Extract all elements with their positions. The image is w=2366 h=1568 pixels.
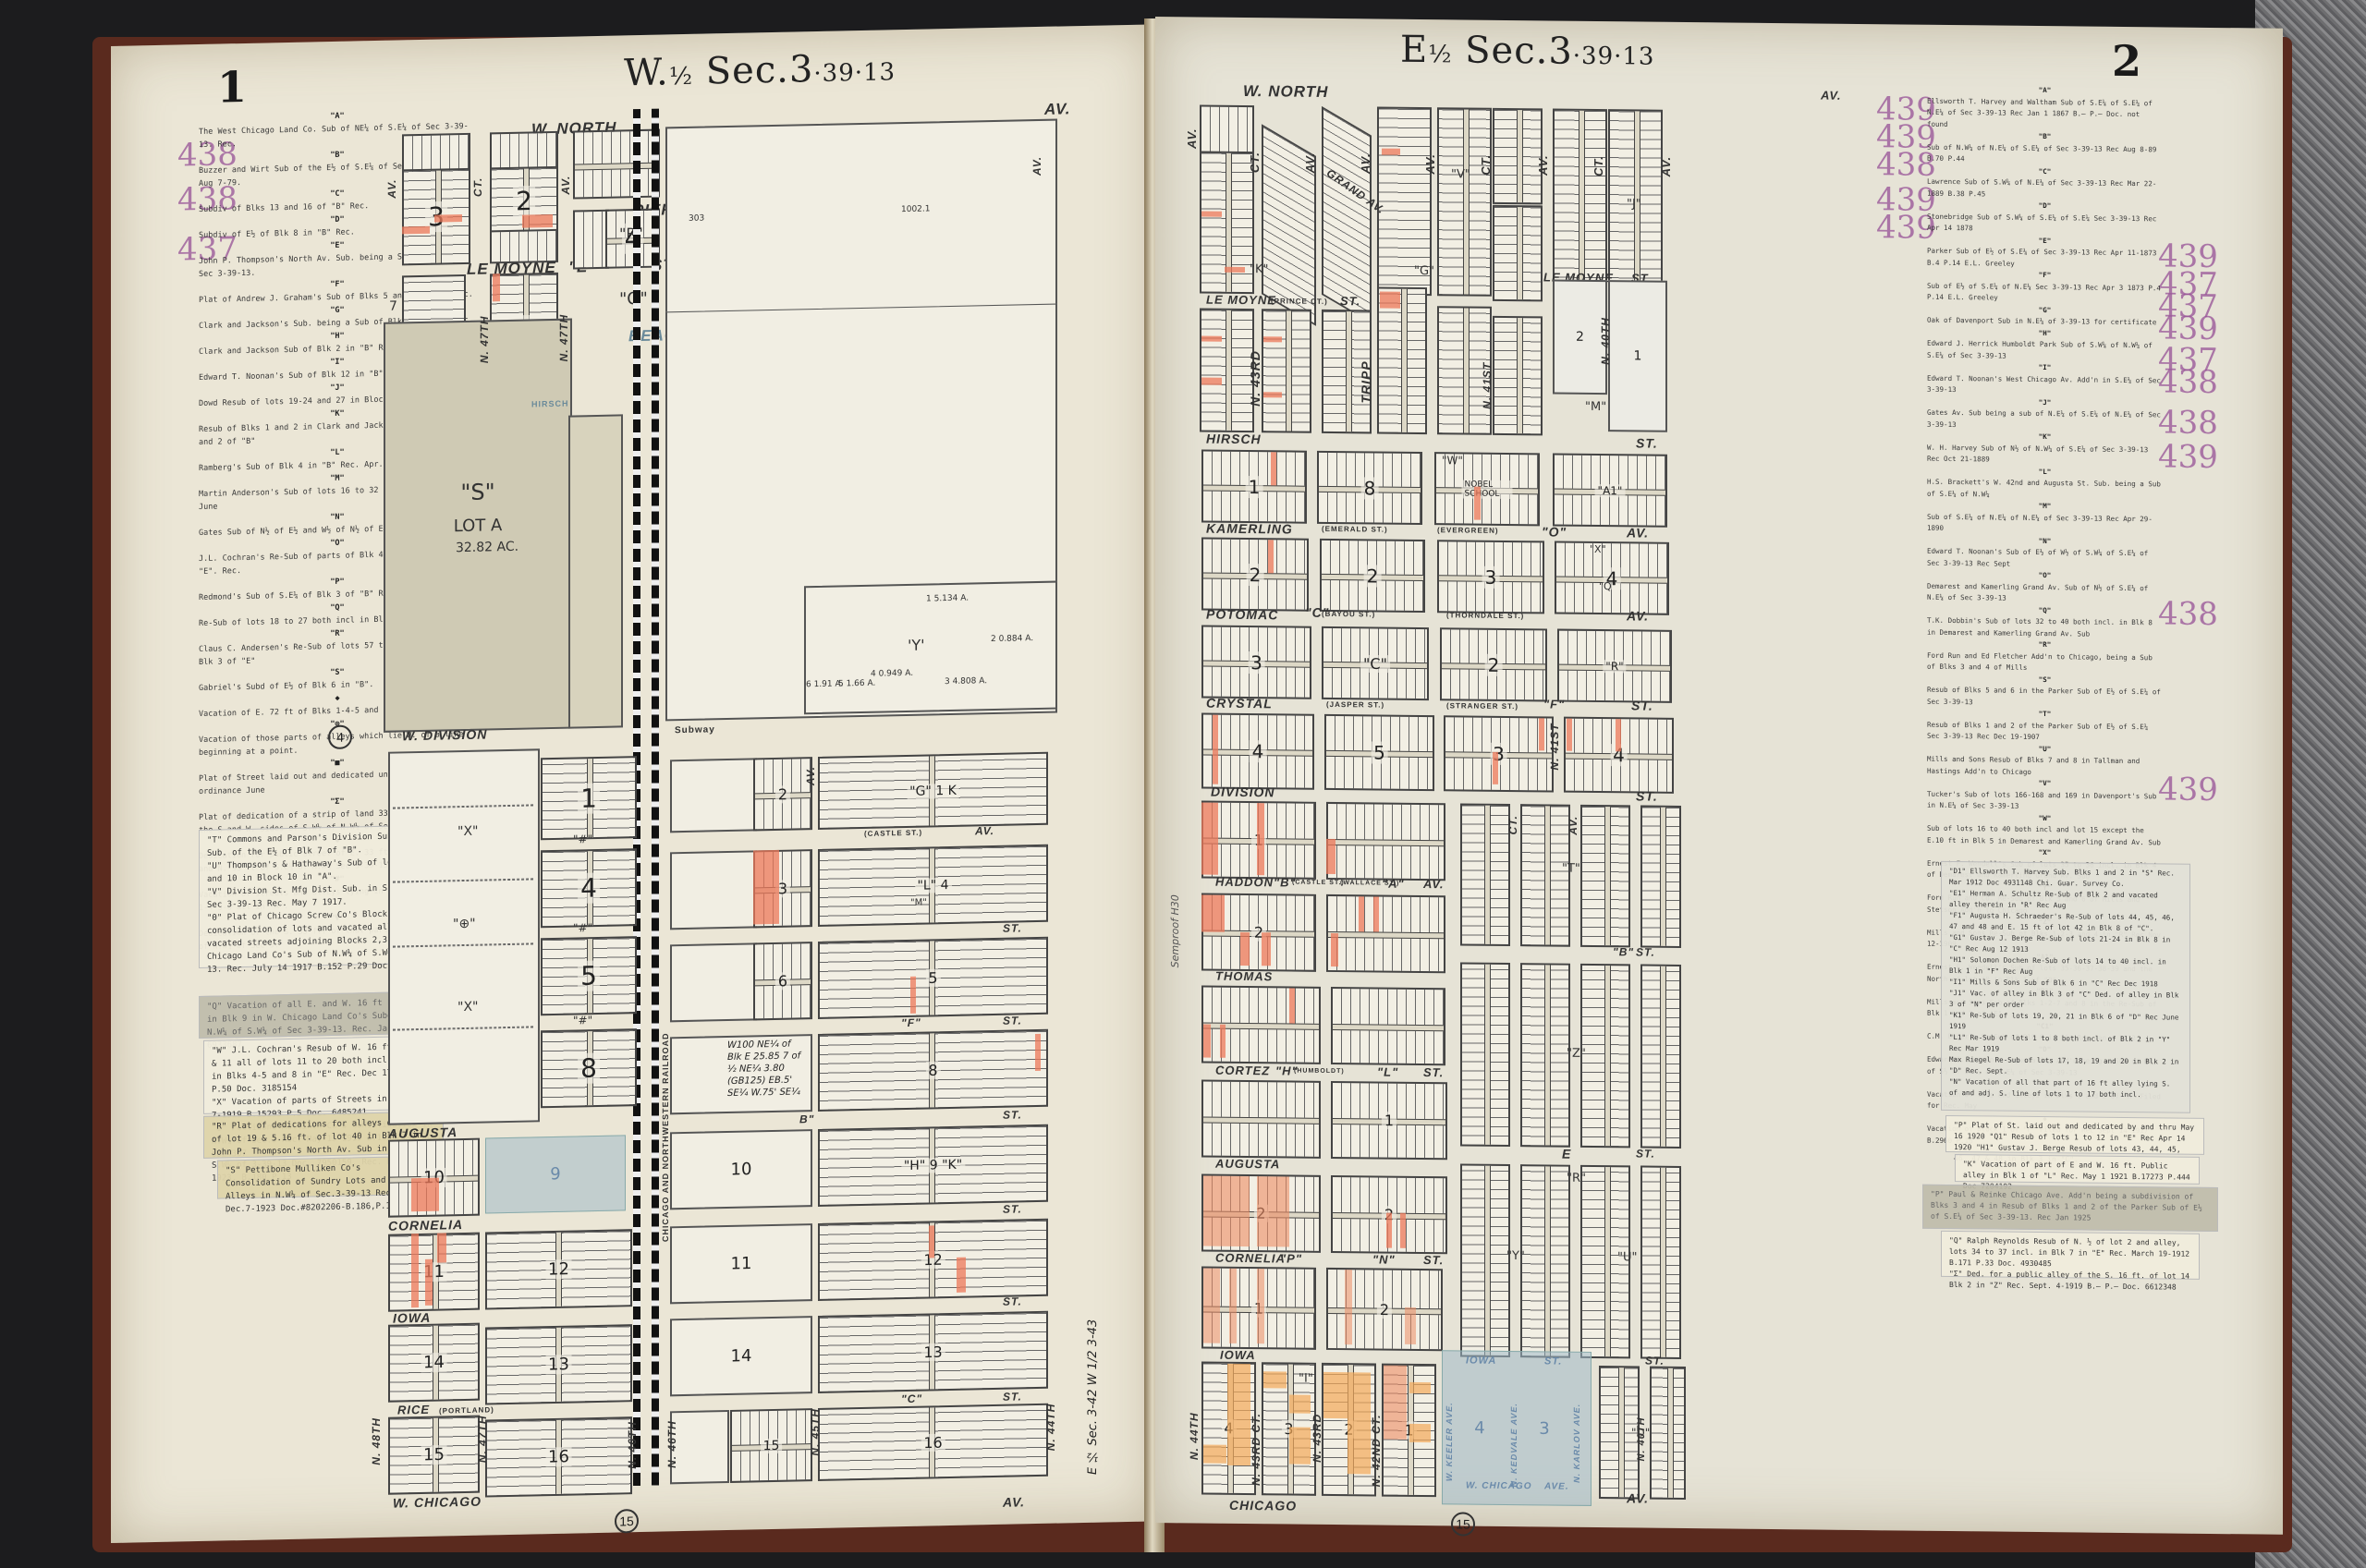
margin-handwriting: E ½ Sec. 3-42 W 1/2 3-43 — [1086, 1319, 1100, 1476]
street-st: ST. — [1636, 945, 1655, 958]
street-bayou: (BAYOU ST.) — [1322, 610, 1375, 619]
left-page: 1 W.½ Sec.3·39·13 438 438 437 "A"The Wes… — [111, 24, 1155, 1543]
street-av: AV. — [1627, 525, 1649, 540]
street-n-47th: N. 47TH — [557, 314, 570, 362]
street-n-48th: N. 48TH — [370, 1417, 383, 1465]
street-av: AV. — [1044, 100, 1071, 119]
left-title-main: W. — [624, 51, 669, 94]
street-prince-ct: (PRINCE CT.) — [1271, 297, 1328, 306]
subdiv-label-theta: "⊕" — [453, 917, 476, 932]
street-st: ST. — [1636, 788, 1658, 803]
street-av: AV. — [1627, 608, 1649, 623]
street-av: AV. — [385, 178, 398, 198]
block — [1493, 108, 1543, 205]
highlight-parcel — [1203, 1176, 1250, 1247]
highlight-parcel — [1567, 719, 1572, 751]
highlight-parcel — [1268, 540, 1274, 573]
subdiv-label-a: "A" — [1382, 877, 1405, 891]
vacant-lot-note: W100 NE¼ of Blk E 25.85 7 of ½ NE¼ 3.80 … — [670, 1034, 812, 1114]
block-c: "C" — [1322, 626, 1429, 700]
street-n-40th: N. 40TH — [1636, 1416, 1647, 1461]
street-st: ST. — [1636, 1147, 1655, 1160]
right-title-sec: Sec.3 — [1465, 30, 1573, 73]
highlight-parcel — [434, 214, 462, 223]
block-3: 3 — [1444, 715, 1554, 792]
left-page-title: W.½ Sec.3·39·13 — [624, 46, 896, 94]
street-ct: CT. — [1506, 815, 1519, 835]
street-av: AV. — [1659, 156, 1673, 177]
block — [1200, 105, 1254, 156]
block-11: 11 — [388, 1233, 480, 1312]
subdiv-label-x: "X" — [1590, 543, 1606, 555]
highlight-parcel — [1382, 149, 1400, 155]
subdiv-label-q: "Q" — [1599, 580, 1616, 592]
right-title-frac: ½ — [1428, 41, 1452, 68]
block-13: 13 — [818, 1311, 1048, 1393]
highlight-parcel — [1616, 719, 1621, 751]
page-ref-circle: 15 — [615, 1509, 639, 1534]
block — [1331, 987, 1445, 1065]
street-cortez: CORTEZ — [1215, 1064, 1270, 1078]
street-iowa-patch: IOWA — [1466, 1355, 1496, 1367]
subdiv-label-y: "Y" — [1506, 1249, 1525, 1263]
street-b-st: "B" — [1613, 945, 1634, 958]
railroad-track — [652, 109, 659, 1486]
highlight-parcel — [1257, 803, 1264, 875]
highlight-parcel — [411, 1178, 439, 1212]
block — [1200, 309, 1254, 433]
overlay-patch-keeler-kedvale: IOWA ST. 4 3 W. CHICAGO AVE. W. KEELER A… — [1442, 1350, 1592, 1506]
street-st: ST. — [1003, 1108, 1022, 1121]
block — [1640, 964, 1681, 1148]
dimension: 303 — [689, 214, 704, 224]
block-5: 5 — [818, 937, 1048, 1019]
street-castle: (CASTLE ST.) — [1292, 880, 1345, 887]
block-15: 15 — [388, 1416, 480, 1495]
block — [1326, 894, 1445, 973]
street-st: ST. — [1631, 698, 1653, 712]
block-2: 1 — [1331, 1081, 1447, 1160]
subdiv-label-m: "M" — [1585, 400, 1606, 414]
highlight-parcel — [910, 977, 916, 1014]
subdiv-label-o: "O" — [1542, 524, 1567, 539]
street-n-karlov: N. KARLOV AVE. — [1572, 1404, 1581, 1483]
subdiv-label-z: "Z" — [1567, 1047, 1586, 1061]
highlight-parcel — [929, 1225, 934, 1258]
street-n-44th: N. 44TH — [1044, 1404, 1057, 1452]
block — [1377, 287, 1427, 435]
street-av: AV. — [1031, 156, 1043, 176]
block-diagonal — [1322, 106, 1372, 324]
street-hirsch-left: HIRSCH — [531, 399, 569, 409]
street-n-44th: N. 44TH — [1188, 1412, 1201, 1460]
block — [1493, 205, 1543, 302]
block-14: 14 — [670, 1316, 812, 1396]
street-augusta: AUGUSTA — [1215, 1157, 1280, 1172]
highlight-parcel — [1240, 932, 1250, 966]
street-w-north: W. NORTH — [1243, 82, 1328, 102]
block — [1520, 963, 1570, 1148]
left-title-sec: Sec.3 — [706, 48, 814, 92]
highlight-parcel — [1262, 932, 1271, 966]
block — [1326, 802, 1445, 881]
street-av: AV. — [1821, 89, 1842, 103]
street-castle: (CASTLE ST.) — [864, 829, 922, 838]
parcel-lot-a: "S" LOT A 32.82 AC. — [384, 319, 572, 733]
subdiv-label-l: "L" — [1377, 1065, 1398, 1079]
street-av: AV. — [1567, 816, 1579, 835]
street-cornelia: CORNELIA — [388, 1217, 463, 1234]
highlight-parcel — [1289, 1395, 1311, 1414]
highlight-parcel — [437, 1233, 446, 1262]
left-title-twp: ·39·13 — [813, 58, 896, 88]
street-iowa: IOWA — [1220, 1348, 1256, 1362]
subdiv-label-hash: "#" — [573, 833, 592, 845]
street-humboldt: (HUMBOLDT) — [1294, 1068, 1345, 1076]
subdiv-label-m: "M" — [910, 898, 927, 908]
right-page-title: E½ Sec.3·39·13 — [1400, 29, 1654, 74]
block — [1262, 309, 1311, 433]
block — [1460, 803, 1510, 946]
subdiv-label-f: "F" — [1543, 697, 1565, 711]
stamp: 438 — [2158, 595, 2218, 633]
subway-label: Subway — [675, 724, 715, 735]
block — [1580, 964, 1630, 1149]
highlight-parcel — [1220, 1025, 1226, 1058]
highlight-parcel — [1493, 752, 1498, 784]
street-n-43rd-ct: N. 43RD CT. — [1250, 1413, 1262, 1486]
street-st: ST. — [1003, 1202, 1022, 1215]
highlight-parcel — [1257, 1176, 1289, 1246]
street-n-46th: N. 46TH — [665, 1420, 678, 1468]
parcel-s-lot: LOT A — [385, 515, 570, 538]
block — [1640, 1165, 1681, 1358]
street-chicago-av: AV. — [1003, 1494, 1025, 1510]
street-st: ST. — [1003, 1295, 1022, 1307]
pasted-note-k: "K" Vacation of part of E and W. 16 ft. … — [1955, 1154, 2200, 1185]
block-13: 13 — [485, 1324, 632, 1404]
street-n-43rd: N. 43RD — [1248, 350, 1262, 407]
subdiv-label-i: "I" — [1299, 1372, 1313, 1386]
block-4: 4 — [541, 848, 637, 928]
block — [1437, 107, 1492, 297]
parcel-y-key: 'Y' — [908, 637, 925, 654]
highlight-parcel — [1359, 896, 1364, 931]
block-4-q: 4 — [1555, 541, 1669, 615]
street-n-46th: N. 46TH — [626, 1421, 639, 1469]
highlight-parcel — [1409, 1424, 1431, 1442]
street-stranger: (STRANGER ST.) — [1446, 701, 1518, 711]
street-rice: RICE — [397, 1403, 430, 1417]
highlight-parcel — [1263, 336, 1282, 342]
street-tripp: TRIPP — [1359, 360, 1373, 403]
street-st: ST. — [1003, 1014, 1022, 1027]
street-cornelia: CORNELIA — [1215, 1251, 1286, 1266]
street-n-47th: N. 47TH — [478, 315, 491, 363]
street-w-keeler: W. KEELER AVE. — [1445, 1402, 1454, 1481]
street-thorndale: (THORNDALE ST.) — [1446, 611, 1524, 620]
block-16: 16 — [818, 1404, 1048, 1481]
street-n-40th: N. 40TH — [1599, 317, 1612, 365]
block — [1460, 962, 1510, 1147]
block-8: 8 — [541, 1028, 637, 1108]
highlight-parcel — [1201, 336, 1222, 342]
street-n-kedvale: N. KEDVALE AVE. — [1509, 1403, 1518, 1487]
street-potomac: POTOMAC — [1206, 607, 1278, 623]
subdiv-label-c: "C" — [901, 1392, 922, 1405]
highlight-parcel — [1203, 1445, 1226, 1464]
vacant-lot — [670, 1410, 729, 1484]
highlight-parcel — [402, 226, 430, 235]
street-st: ST. — [1423, 1253, 1444, 1267]
block — [1201, 1080, 1321, 1159]
subdiv-label-n: "N" — [1372, 1252, 1396, 1266]
block-12: 12 — [485, 1229, 632, 1309]
right-title-main: E — [1400, 29, 1428, 71]
highlight-parcel — [1380, 292, 1400, 309]
street-st: ST. — [1645, 1355, 1665, 1367]
highlight-parcel — [1201, 895, 1225, 932]
highlight-parcel — [1225, 267, 1245, 273]
street-jasper: (JASPER ST.) — [1326, 700, 1384, 710]
subdiv-label-p: "P" — [1280, 1251, 1302, 1265]
subdiv-label-v: "V" — [1451, 167, 1470, 181]
block — [573, 129, 660, 200]
street-ct: CT. — [471, 177, 484, 198]
left-map: W. NORTH AV. PIERCE AV. LE MOYNE "E" ST.… — [384, 99, 1146, 1491]
block-4-l: "L" 4 — [818, 845, 1048, 927]
subdiv-label-r: "R" — [1567, 1172, 1586, 1185]
block — [1650, 1367, 1686, 1500]
street-st: ST. — [1423, 1065, 1444, 1079]
right-page-number: 2 — [2112, 36, 2141, 86]
subdiv-label-j: "J" — [1627, 197, 1641, 211]
highlight-parcel — [1373, 896, 1379, 931]
block-8: 8 — [1317, 451, 1422, 525]
highlight-parcel — [1289, 989, 1295, 1024]
street-av: AV. — [559, 176, 572, 195]
block-3: 3 — [1201, 626, 1311, 699]
highlight-parcel — [1345, 1270, 1352, 1344]
highlight-parcel — [1405, 1307, 1416, 1344]
street-w-chicago: W. CHICAGO — [393, 1494, 482, 1511]
block-2: 2 — [1440, 627, 1547, 701]
street-av: AV. — [1185, 128, 1199, 149]
highlight-parcel — [1213, 715, 1218, 784]
block-7: 7 — [389, 299, 397, 314]
block-1: 1 — [1201, 450, 1307, 524]
margin-handwriting: Semproof H30 — [1169, 894, 1181, 967]
highlight-parcel — [753, 850, 779, 925]
pasted-note-p: "P" Plat of St. laid out and dedicated b… — [1945, 1115, 2204, 1155]
open-parcel-1: 1 — [1608, 280, 1667, 432]
block-14: 14 — [388, 1323, 480, 1403]
street-n-43rd: N. 43RD — [1311, 1414, 1323, 1463]
street-b: B" — [799, 1112, 814, 1125]
street-haddon: HADDON — [1215, 875, 1274, 890]
subdiv-label-hash: "#" — [573, 1014, 592, 1027]
highlight-parcel — [1203, 1025, 1211, 1058]
pasted-notes-right: "D1" Ellsworth T. Harvey Sub. Blks 1 and… — [1941, 861, 2190, 1113]
subdiv-label-hash: "#" — [573, 921, 592, 934]
block-a1: "A1" — [1553, 454, 1667, 528]
highlight-parcel — [1201, 803, 1218, 875]
block-9-patch: 9 — [485, 1135, 626, 1213]
highlight-parcel — [411, 1234, 419, 1307]
subdiv-label-x: "X" — [457, 824, 478, 839]
street-av: AV. — [1423, 877, 1445, 891]
parcel-y: 'Y' 1 5.134 A. 2 0.884 A. 3 4.808 A. 4 0… — [804, 581, 1057, 715]
highlight-parcel — [1203, 1269, 1220, 1343]
street-crystal: CRYSTAL — [1206, 696, 1273, 711]
stamp: 439 — [2158, 438, 2218, 476]
stamp: 439 — [2158, 771, 2218, 808]
highlight-parcel — [1384, 1366, 1407, 1440]
railroad-label: CHICAGO AND NORTHWESTERN RAILROAD — [661, 1032, 670, 1242]
street-n-47th: N. 47TH — [476, 1415, 489, 1463]
subdiv-label-f: "F" — [901, 1016, 921, 1029]
street-thomas: THOMAS — [1215, 969, 1273, 984]
street-le-moyne: LE MOYNE — [1206, 293, 1276, 308]
highlight-parcel — [1400, 1213, 1406, 1248]
street-ave-patch: AVE. — [1544, 1481, 1569, 1491]
subdiv-label-k: "K" — [1250, 262, 1268, 276]
street-ct: CT. — [1248, 152, 1262, 173]
pasted-note-q-sigma: "Q" Ralph Reynolds Resub of N. ½ of lot … — [1941, 1231, 2200, 1280]
highlight-parcel — [1263, 1371, 1287, 1388]
street-av: AV. — [1536, 154, 1550, 176]
handwritten-note: W100 NE¼ of Blk E 25.85 7 of ½ NE¼ 3.80 … — [727, 1038, 806, 1100]
highlight-parcel — [1201, 212, 1222, 217]
street-emerald: (EMERALD ST.) — [1322, 525, 1388, 534]
block — [573, 210, 609, 270]
highlight-parcel — [1289, 1428, 1311, 1465]
highlight-parcel — [1474, 487, 1481, 520]
highlight-parcel — [1409, 1382, 1431, 1393]
highlight-parcel — [1348, 1418, 1371, 1474]
street-av: AV. — [804, 766, 817, 785]
block-1: 1 — [541, 756, 637, 840]
highlight-parcel — [1229, 1269, 1237, 1343]
street-portland: (PORTLAND) — [439, 1405, 494, 1415]
highlight-parcel — [1331, 933, 1338, 966]
block-5: 5 — [541, 936, 637, 1015]
block-8: 8 — [818, 1029, 1048, 1112]
street-st-patch: ST. — [1544, 1355, 1562, 1367]
block-4: 4 — [1201, 713, 1314, 790]
block — [1493, 316, 1543, 436]
street-division: DIVISION — [1211, 784, 1274, 800]
street-ct: CT. — [1592, 155, 1605, 176]
block-2: 2 — [1201, 538, 1309, 612]
street-kamerling: KAMERLING — [1206, 521, 1293, 537]
street-av: AV. — [1423, 153, 1437, 175]
street-chicago: CHICAGO — [1229, 1498, 1297, 1513]
block — [490, 229, 558, 264]
street-chicago-av: AV. — [1627, 1490, 1649, 1505]
highlight-parcel — [425, 1259, 433, 1306]
highlight-parcel — [1201, 378, 1222, 385]
block-15-d: 15 — [730, 1408, 812, 1483]
block-2: 2 — [1326, 1268, 1443, 1351]
dimension: 1002.1 — [901, 204, 931, 214]
highlight-parcel — [1539, 718, 1544, 750]
vacant-lot — [670, 850, 757, 930]
right-title-twp: ·39·13 — [1573, 43, 1655, 71]
street-evergreen: (EVERGREEN) — [1437, 526, 1499, 535]
street-w-chicago-patch: W. CHICAGO — [1466, 1481, 1531, 1492]
street-w-division: W. DIVISION — [402, 726, 487, 743]
right-map: W. NORTH AV. AV. CT. AV. GRAND AV. AV. A… — [1192, 81, 1922, 1516]
block — [1200, 152, 1254, 295]
block — [1640, 805, 1681, 947]
street-e: E — [1562, 1147, 1571, 1161]
block-2-a: 2 — [1320, 539, 1425, 613]
parcel-s-key: "S" — [385, 478, 570, 507]
subdiv-label-x: "X" — [457, 1000, 478, 1015]
block-16: 16 — [485, 1416, 632, 1497]
highlight-parcel — [522, 214, 553, 228]
highlight-parcel — [1035, 1034, 1041, 1071]
right-page: 2 E½ Sec.3·39·13 439 439 438 439 439 439… — [1155, 17, 2283, 1535]
street-n-45th: N. 45TH — [809, 1408, 822, 1456]
stamp: 438 — [2158, 363, 2218, 401]
vacant-lot — [670, 942, 757, 1022]
highlight-parcel — [493, 273, 500, 301]
highlight-parcel — [1271, 452, 1276, 485]
street-st: ST. — [1636, 435, 1658, 450]
highlight-parcel — [957, 1258, 966, 1293]
highlight-parcel — [1263, 392, 1282, 397]
block-10: 10 — [670, 1129, 812, 1209]
street-ct: CT. — [1479, 154, 1493, 176]
parcel-strip — [568, 414, 623, 728]
highlight-parcel — [1227, 1364, 1250, 1465]
block-r: "R" — [1557, 629, 1672, 703]
vacant-lot — [670, 758, 757, 833]
street-av: AV. — [1303, 152, 1317, 174]
subdiv-label-u: "U" — [1617, 1250, 1637, 1264]
block-9: "H" 9 "K" — [818, 1124, 1048, 1207]
block-5: 5 — [1324, 714, 1434, 791]
highlight-parcel — [1326, 839, 1335, 874]
block-3: 3 — [1437, 540, 1544, 614]
block — [1580, 805, 1630, 948]
street-av: AV. — [975, 824, 994, 837]
street-av: AV. — [1359, 152, 1372, 174]
left-title-frac: ½ — [669, 63, 693, 91]
street-st: ST. — [1340, 294, 1360, 308]
street-st: ST. — [1003, 921, 1022, 934]
parcel-s-acres: 32.82 AC. — [404, 539, 570, 557]
street-hirsch: HIRSCH — [1206, 432, 1262, 447]
block-1-k: "G" 1 K — [818, 752, 1048, 830]
open-land — [665, 119, 1057, 316]
block — [1520, 1164, 1570, 1358]
block-6: 6 — [753, 942, 812, 1020]
street-st: ST. — [1003, 1390, 1022, 1403]
highlight-parcel — [1257, 1269, 1264, 1343]
left-page-number: 1 — [217, 62, 247, 113]
subdiv-label-w: "W" — [1442, 454, 1463, 467]
street-n-42nd-ct: N. 42ND CT. — [1370, 1414, 1383, 1487]
page-ref-circle: 15 — [1451, 1512, 1475, 1536]
street-n-41st: N. 41ST — [1548, 723, 1561, 770]
highlight-parcel — [1386, 1213, 1392, 1248]
block-11: 11 — [670, 1223, 812, 1304]
subdiv-label-t: "T" — [1562, 862, 1580, 876]
pasted-note-p2: "P" Paul & Reinke Chicago Ave. Add'n bei… — [1922, 1185, 2218, 1232]
